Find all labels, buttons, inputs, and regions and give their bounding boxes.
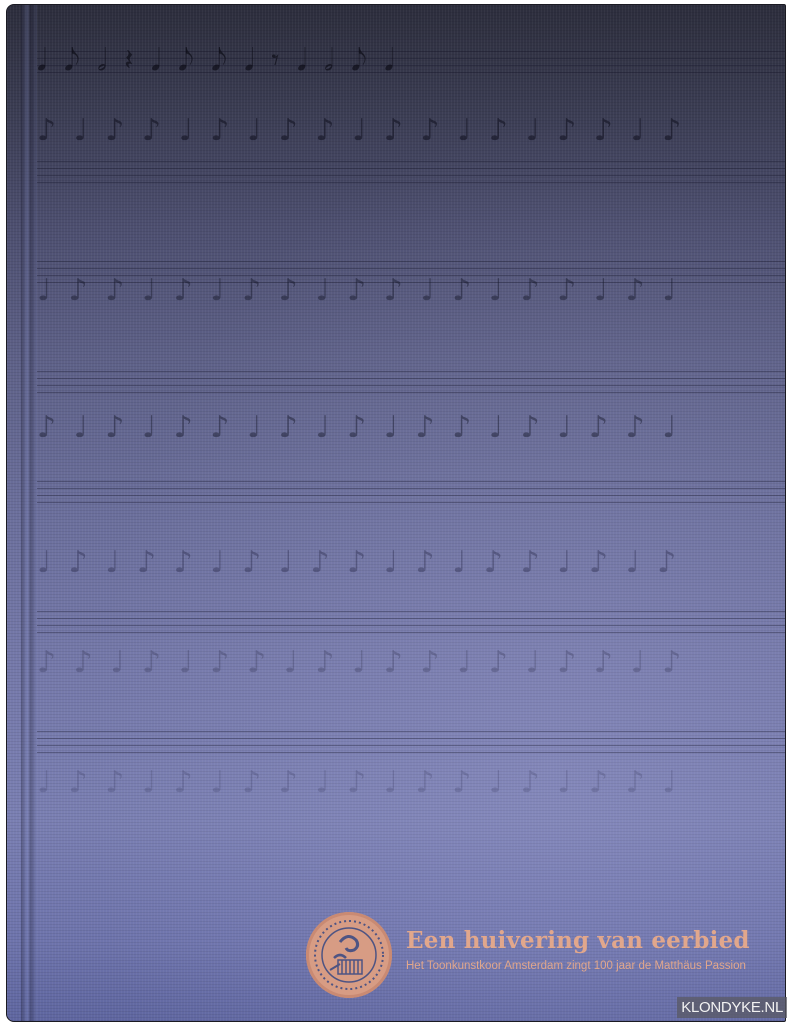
music-notes: ♪ ♩ ♪ ♪ ♩ ♪ ♩ ♪ ♪ ♩ ♪ ♪ ♩ ♪ ♩ ♪ ♪ ♩ ♪ [37,113,785,148]
music-notes: 𝅘𝅥 𝅘𝅥𝅮 𝅗𝅥 𝄽 𝅘𝅥 𝅘𝅥𝅮 𝅘𝅥𝅮 𝅘𝅥 𝄾 𝅘𝅥 𝅗𝅥 𝅘𝅥𝅮 𝅘𝅥 [37,43,785,78]
spine-groove [21,5,37,1021]
seal-emblem [306,912,392,998]
staff-lines [37,605,785,639]
staff-lines [37,725,785,759]
staff-lines [37,155,785,189]
staff-lines [37,475,785,509]
book-subtitle: Het Toonkunstkoor Amsterdam zingt 100 ja… [406,960,746,972]
music-notes: ♩ ♪ ♪ ♩ ♪ ♩ ♪ ♪ ♩ ♪ ♩ ♪ ♪ ♩ ♪ ♩ ♪ ♪ ♩ [37,765,785,800]
music-manuscript-pattern: 𝅘𝅥 𝅘𝅥𝅮 𝅗𝅥 𝄽 𝅘𝅥 𝅘𝅥𝅮 𝅘𝅥𝅮 𝅘𝅥 𝄾 𝅘𝅥 𝅗𝅥 𝅘𝅥𝅮 𝅘𝅥… [37,5,785,1021]
pelican-seal-icon [306,912,392,998]
music-notes: ♩ ♪ ♩ ♪ ♪ ♩ ♪ ♩ ♪ ♪ ♩ ♪ ♩ ♪ ♪ ♩ ♪ ♩ ♪ [37,545,785,580]
book-cover: 𝅘𝅥 𝅘𝅥𝅮 𝅗𝅥 𝄽 𝅘𝅥 𝅘𝅥𝅮 𝅘𝅥𝅮 𝅘𝅥 𝄾 𝅘𝅥 𝅗𝅥 𝅘𝅥𝅮 𝅘𝅥… [6,4,786,1022]
title-block: Een huivering van eerbied Het Toonkunstk… [302,912,772,1007]
music-notes: ♪ ♪ ♩ ♪ ♩ ♪ ♪ ♩ ♪ ♩ ♪ ♪ ♩ ♪ ♩ ♪ ♪ ♩ ♪ [37,645,785,680]
music-notes: ♩ ♪ ♪ ♩ ♪ ♩ ♪ ♪ ♩ ♪ ♪ ♩ ♪ ♩ ♪ ♪ ♩ ♪ ♩ [37,273,785,308]
staff-lines [37,365,785,399]
music-notes: ♪ ♩ ♪ ♩ ♪ ♪ ♩ ♪ ♩ ♪ ♩ ♪ ♪ ♩ ♪ ♩ ♪ ♪ ♩ [37,410,785,445]
book-title: Een huivering van eerbied [406,927,750,954]
watermark: KLONDYKE.NL [677,997,787,1018]
